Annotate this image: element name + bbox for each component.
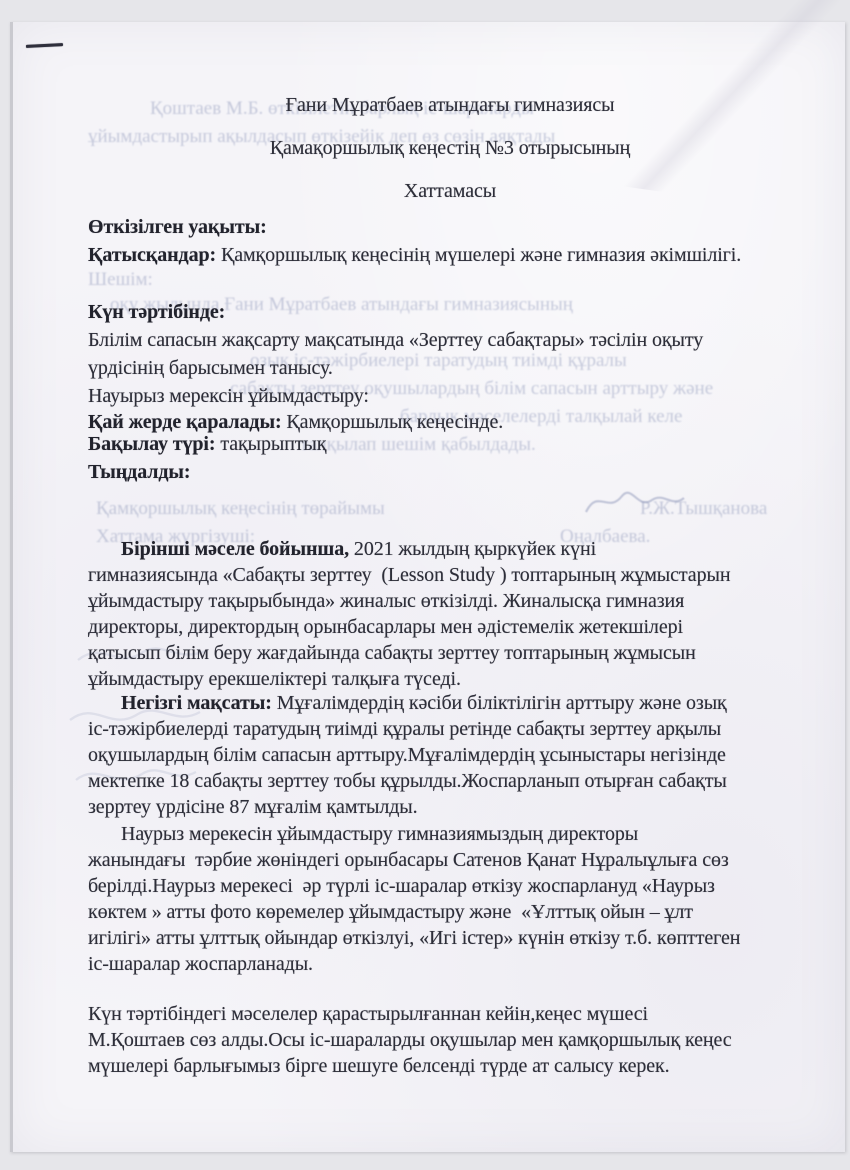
text-line: Күн тәртібінде:	[88, 300, 812, 324]
text-line: Наурыз мерекесін ұйымдастыру гимназиямыз…	[88, 822, 845, 846]
text-line-run: Наурыз мерекесін ұйымдастыру гимназиямыз…	[121, 823, 638, 845]
text-line: Қай жерде қаралады: Қамқоршылық кеңесінд…	[88, 410, 812, 434]
text-line-run: мектепке 18 сабақты зерттеу тобы құрылды…	[88, 770, 727, 792]
text-line: Науырыз мерексін ұйымдастыру:	[88, 384, 812, 408]
text-line-run: оқушылардың білім сапасын арттыру.Мұғалі…	[88, 744, 726, 766]
text-line-run: іс-шаралар жоспарланады.	[88, 953, 313, 975]
text-line: М.Қоштаев сөз алды.Осы іс-шараларды оқуш…	[88, 1028, 812, 1052]
text-line-bold: Негізгі мақсаты:	[121, 692, 272, 714]
text-line: Өткізілген уақыты:	[88, 215, 812, 239]
text-line: мектепке 18 сабақты зерттеу тобы құрылды…	[88, 769, 812, 793]
text-line-bold: Тыңдалды:	[88, 461, 191, 483]
text-line-run: Блілім сапасын жақсарту мақсатында «Зерт…	[88, 329, 703, 351]
text-line-run: М.Қоштаев сөз алды.Осы іс-шараларды оқуш…	[88, 1029, 732, 1051]
text-line-run: жанындағы тәрбие жөніндегі орынбасары Са…	[88, 849, 729, 871]
text-line: көктем » атты фото көремелер ұйымдастыру…	[88, 900, 812, 924]
text-line-run: Күн тәртібіндегі мәселелер қарастырылған…	[88, 1003, 648, 1025]
text-line: үрдісінің барысымен танысу.	[88, 356, 812, 380]
text-line-bold: Қатысқандар:	[88, 244, 216, 266]
text-line-run: Хаттамасы	[404, 180, 496, 202]
text-line-run: қатысып білім беру жағдайында сабақты зе…	[88, 642, 696, 664]
text-line: Хаттамасы	[88, 179, 812, 203]
text-line: Тыңдалды:	[88, 460, 812, 484]
text-line-run: игілігі» атты ұлттық ойындар өткізлуі, «…	[88, 927, 740, 949]
text-line: Негізгі мақсаты: Мұғалімдердің кәсіби бі…	[88, 691, 845, 715]
text-line: берілді.Наурыз мерекесі әр түрлі іс-шара…	[88, 874, 812, 898]
text-line: мүшелері барлығымыз бірге шешуге белсенд…	[88, 1054, 812, 1078]
text-line-run: Науырыз мерексін ұйымдастыру:	[88, 385, 369, 407]
text-line: Қамақоршылық кеңестің №3 отырысының	[88, 136, 812, 160]
text-line: Күн тәртібіндегі мәселелер қарастырылған…	[88, 1002, 812, 1026]
text-line: қатысып білім беру жағдайында сабақты зе…	[88, 641, 812, 665]
text-line: Бақылау түрі: тақырыптық	[88, 432, 812, 456]
text-line-bold: Күн тәртібінде:	[88, 301, 225, 323]
text-line-run: ұйымдастыру ерекшеліктері талқыға түседі…	[88, 668, 461, 690]
text-line: директоры, директордың орынбасарлары мен…	[88, 615, 812, 639]
text-line-run: ұйымдастыру тақырыбында» жиналыс өткізіл…	[88, 590, 684, 612]
text-line-run: тақырыптық	[215, 433, 326, 455]
text-line-run: Қамқоршылық кеңесінің мүшелері және гимн…	[216, 244, 741, 266]
text-line-run: берілді.Наурыз мерекесі әр түрлі іс-шара…	[88, 875, 715, 897]
text-line: Ғани Мұратбаев атындағы гимназиясы	[88, 93, 812, 117]
text-line-run: директоры, директордың орынбасарлары мен…	[88, 616, 683, 638]
text-line: игілігі» атты ұлттық ойындар өткізлуі, «…	[88, 926, 812, 950]
text-line-run: Қамақоршылық кеңестің №3 отырысының	[270, 137, 630, 159]
text-line-run: Мұғалімдердің кәсіби біліктілігін арттыр…	[272, 692, 727, 714]
text-line: ұйымдастыру ерекшеліктері талқыға түседі…	[88, 667, 812, 691]
text-line: зерртеу үрдісіне 87 мұғалім қамтылды.	[88, 795, 812, 819]
text-line: іс-шаралар жоспарланады.	[88, 952, 812, 976]
text-line-run: Қамқоршылық кеңесінде.	[282, 411, 504, 433]
text-line: жанындағы тәрбие жөніндегі орынбасары Са…	[88, 848, 812, 872]
document-text-layer: Ғани Мұратбаев атындағы гимназиясыҚамақо…	[0, 0, 850, 1170]
scanned-document: Қоштаев М.Б. өткізілетін барлық іс-шарал…	[0, 0, 850, 1170]
text-line-run: мүшелері барлығымыз бірге шешуге белсенд…	[88, 1055, 670, 1077]
text-line-bold: Бірінші мәселе бойынша,	[121, 538, 349, 560]
text-line-run: зерртеу үрдісіне 87 мұғалім қамтылды.	[88, 796, 418, 818]
text-line: ұйымдастыру тақырыбында» жиналыс өткізіл…	[88, 589, 812, 613]
text-line-run: 2021 жылдың қыркүйек күні	[349, 538, 596, 560]
text-line-run: үрдісінің барысымен танысу.	[88, 357, 333, 379]
text-line-run: іс-тәжірбиелерді таратудың тиімді құралы…	[88, 718, 721, 740]
text-line: гимназиясында «Сабақты зерттеу (Lesson S…	[88, 563, 812, 587]
text-line: Бірінші мәселе бойынша, 2021 жылдың қырк…	[88, 537, 845, 561]
text-line-bold: Бақылау түрі:	[88, 433, 215, 455]
text-line-bold: Өткізілген уақыты:	[88, 216, 267, 238]
text-line-bold: Қай жерде қаралады:	[88, 411, 282, 433]
text-line-run: Ғани Мұратбаев атындағы гимназиясы	[286, 94, 615, 116]
text-line: Блілім сапасын жақсарту мақсатында «Зерт…	[88, 328, 812, 352]
text-line-run: гимназиясында «Сабақты зерттеу (Lesson S…	[88, 564, 730, 586]
text-line: іс-тәжірбиелерді таратудың тиімді құралы…	[88, 717, 812, 741]
text-line: оқушылардың білім сапасын арттыру.Мұғалі…	[88, 743, 812, 767]
text-line-run: көктем » атты фото көремелер ұйымдастыру…	[88, 901, 693, 923]
text-line: Қатысқандар: Қамқоршылық кеңесінің мүшел…	[88, 243, 812, 267]
